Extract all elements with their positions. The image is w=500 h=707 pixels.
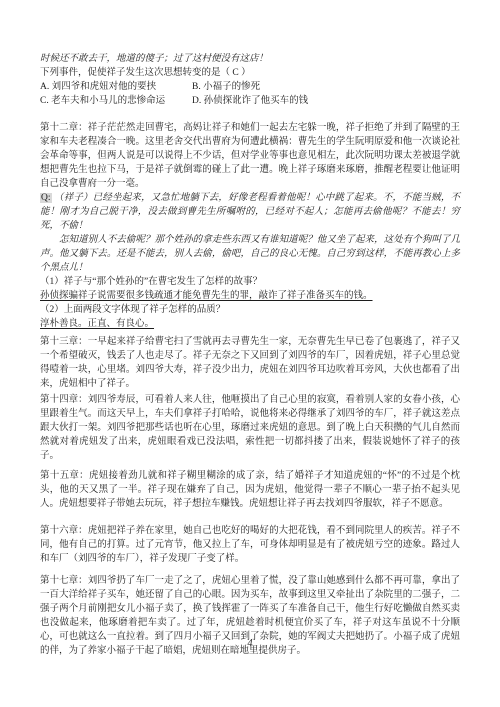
excerpt-paragraph-1: Q: （祥子）已经坐起来，又急忙地躺下去，好像老程看着他呢！心中跳了起来。不，不… — [40, 191, 460, 233]
option-a: A. 刘四爷和虎妞对他的要挟 — [40, 80, 192, 94]
answer-2: 淳朴善良。正直、有良心。 — [40, 317, 460, 331]
question-line: 下列事件，促使祥子发生这次思想转变的是（ C ） — [40, 66, 460, 80]
option-b: B. 小福子的惨死 — [192, 80, 260, 94]
option-d: D. 孙侦探讹诈了他买车的钱 — [192, 94, 308, 108]
answer-1: 孙侦探骗祥子说需要很多钱疏通才能免曹先生的罪，敲诈了祥子准备买车的钱。 — [40, 289, 460, 303]
options-row-1: A. 刘四爷和虎妞对他的要挟 B. 小福子的惨死 — [40, 80, 460, 94]
sub-question-1: （1）祥子与“那个姓孙的”在曹宅发生了怎样的故事？ — [40, 275, 460, 289]
excerpt-paragraph-2: 怎知道别人不去偷呢？那个姓孙的拿走些东西又有谁知道呢？他又坐了起来，这处有个狗叫… — [40, 233, 460, 275]
excerpt-text-1: （祥子）已经坐起来，又急忙地躺下去，好像老程看着他呢！心中跳了起来。不，不能当贼… — [40, 193, 460, 231]
sub-question-2: （2）上面两段文字体现了祥子怎样的品质？ — [40, 303, 460, 317]
options-row-2: C. 老车夫和小马儿的悲惨命运 D. 孙侦探讹诈了他买车的钱 — [40, 94, 460, 108]
quote-line: 时候还不敢去干，地道的傻子；过了这村便没有这店！ — [40, 52, 460, 66]
chapter-12-paragraph: 第十二章：祥子茫茫然走回曹宅，高妈让祥子和她们一起去左宅躲一晚，祥子拒绝了并到了… — [40, 121, 460, 191]
q-label: Q: — [40, 193, 52, 203]
chapter-13-paragraph: 第十三章：一早起来祥子给曹宅扫了雪就再去寻曹先生一家，无奈曹先生早已卷了包裹逃了… — [40, 335, 460, 391]
chapter-16-paragraph: 第十六章：虎妞把祥子养在家里，她自己也吃好的喝好的大把花钱，看不到同院里人的疾苦… — [40, 524, 460, 566]
page-number: 4 — [0, 638, 500, 649]
document-page: 时候还不敢去干，地道的傻子；过了这村便没有这店！ 下列事件，促使祥子发生这次思想… — [0, 0, 500, 707]
chapter-15-paragraph: 第十五章：虎妞接着劲儿就和祥子糊里糊涂的成了亲，结了婚祥子才知道虎妞的“怀”的不… — [40, 469, 460, 511]
option-c: C. 老车夫和小马儿的悲惨命运 — [40, 94, 192, 108]
chapter-14-paragraph: 第十四章：刘四爷寿辰，可看着人来人往，他咂摸出了自己心里的寂寞，看着别人家的女眷… — [40, 393, 460, 463]
